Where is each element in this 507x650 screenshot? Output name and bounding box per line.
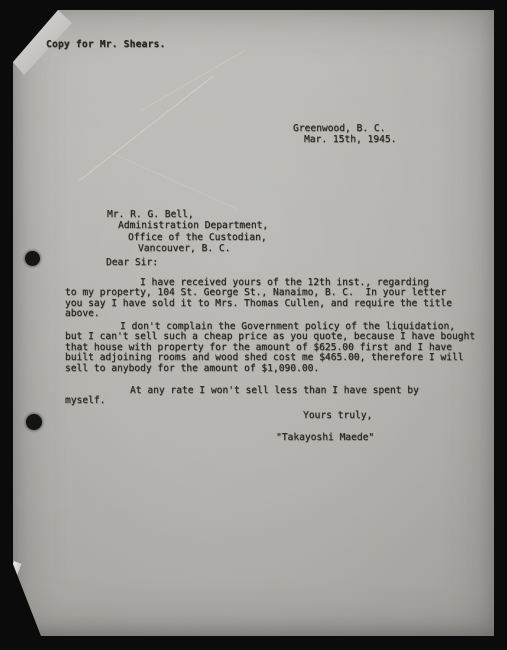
recipient-address: Mr. R. G. Bell, Administration Departmen…	[107, 209, 268, 254]
paragraph-3: At any rate I won't sell less than I hav…	[65, 386, 419, 407]
body-line: you say I have sold it to Mrs. Thomas Cu…	[65, 299, 452, 309]
recipient-dept: Administration Department,	[107, 220, 268, 231]
paper-crease	[141, 50, 245, 111]
copy-note: Copy for Mr. Shears.	[46, 40, 166, 50]
closing-text: Yours truly,	[303, 411, 372, 421]
body-line: myself.	[65, 396, 419, 406]
body-line: At any rate I won't sell less than I hav…	[65, 386, 419, 396]
hole-punch-bottom	[26, 414, 42, 430]
copy-note-text: Copy for Mr. Shears.	[46, 40, 166, 50]
recipient-office: Office of the Custodian,	[107, 232, 268, 243]
salutation-text: Dear Sir:	[106, 258, 158, 268]
salutation: Dear Sir:	[106, 258, 158, 268]
signature: "Takayoshi Maede"	[276, 433, 374, 443]
recipient-name: Mr. R. G. Bell,	[107, 209, 268, 220]
closing: Yours truly,	[303, 411, 372, 421]
paragraph-1: I have received yours of the 12th inst.,…	[65, 278, 452, 320]
underlay-page-edge	[0, 561, 21, 642]
paper: Copy for Mr. Shears. Greenwood, B. C. Ma…	[13, 10, 494, 636]
paper-crease	[79, 76, 214, 181]
body-line: sell to anybody for the amount of $1,090…	[65, 364, 475, 374]
signature-text: "Takayoshi Maede"	[276, 433, 374, 443]
body-line: above.	[65, 309, 452, 319]
scanned-letter-page: Copy for Mr. Shears. Greenwood, B. C. Ma…	[0, 0, 507, 650]
place-line: Greenwood, B. C.	[293, 123, 396, 134]
recipient-city: Vancouver, B. C.	[107, 243, 268, 254]
date-line: Mar. 15th, 1945.	[293, 134, 396, 145]
paragraph-2: I don't complain the Government policy o…	[65, 322, 475, 374]
hole-punch-top	[25, 251, 40, 266]
date-block: Greenwood, B. C. Mar. 15th, 1945.	[293, 123, 396, 145]
paper-crease	[109, 152, 237, 210]
